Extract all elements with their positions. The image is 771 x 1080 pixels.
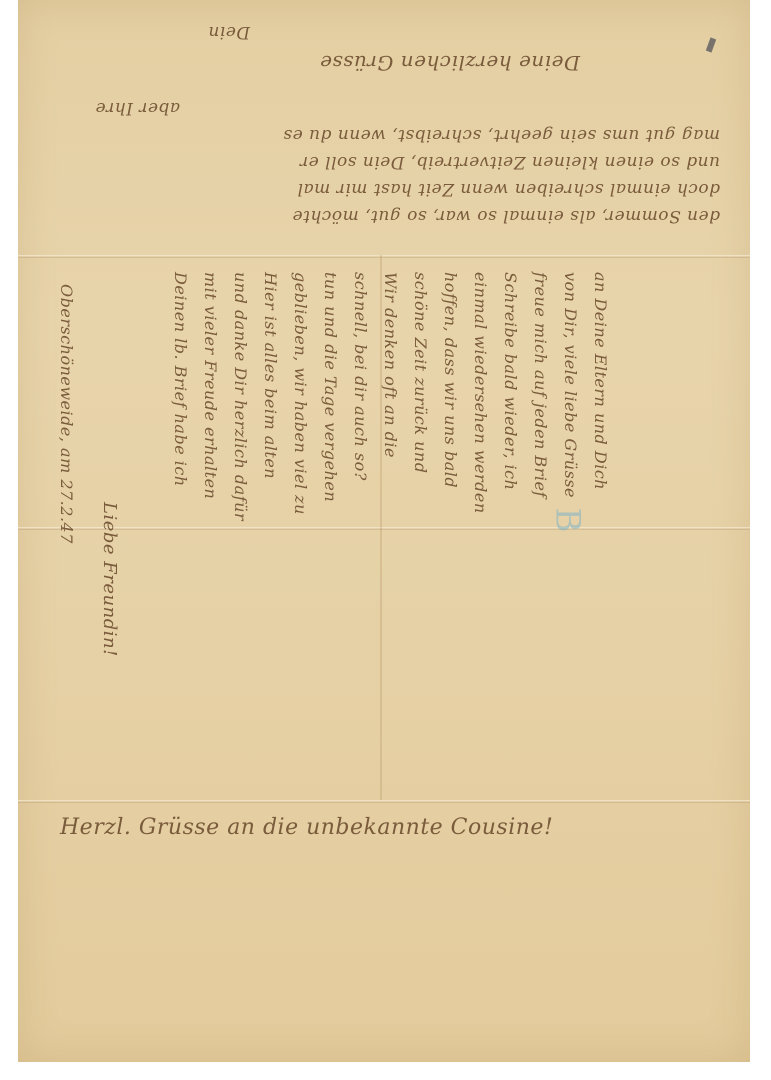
body-column: Hier ist alles beim alten xyxy=(261,272,280,479)
rotated-body: Oberschöneweide, am 27.2.47 Liebe Freund… xyxy=(30,262,730,792)
body-column: geblieben, wir haben viel zu xyxy=(291,272,310,515)
fold-line-bottom xyxy=(18,800,750,803)
top-line: aber Ihre xyxy=(70,94,720,121)
body-column: freue mich auf jeden Brief xyxy=(531,272,550,498)
top-line: und so einen kleinen Zeitvertreib, Dein … xyxy=(70,148,720,175)
body-column: Deinen lb. Brief habe ich xyxy=(171,272,190,487)
salutation: Liebe Freundin! xyxy=(99,502,120,657)
closing: Deine herzlichen Grüsse xyxy=(70,49,720,76)
top-line: mag gut ums sein geehrt, schreibst, wenn… xyxy=(70,121,720,148)
body-column: hoffen, dass wir uns bald xyxy=(441,272,460,488)
footer-greeting: Herzl. Grüsse an die unbekannte Cousine! xyxy=(60,815,553,840)
top-line: doch einmal schreiben wenn Zeit hast mir… xyxy=(70,175,720,202)
body-column: schnell, bei dir auch so? xyxy=(351,272,370,481)
blue-pencil-mark: B xyxy=(548,508,588,533)
top-line: den Sommer, als einmal so war, so gut, m… xyxy=(70,202,720,229)
top-section-upside-down: den Sommer, als einmal so war, so gut, m… xyxy=(70,18,720,229)
body-column: mit vieler Freude erhalten xyxy=(201,272,220,499)
signature: Dein xyxy=(70,18,720,45)
body-column: schöne Zeit zurück und xyxy=(411,272,430,473)
fold-line-top xyxy=(18,255,750,258)
body-column: einmal wiedersehen werden xyxy=(471,272,490,514)
body-column: an Deine Eltern und Dich xyxy=(591,272,610,490)
body-column: Wir denken oft an die xyxy=(381,272,400,458)
body-column: Schreibe bald wieder, ich xyxy=(501,272,520,490)
body-column: und danke Dir herzlich dafür xyxy=(231,272,250,521)
body-column: tun und die Tage vergehen xyxy=(321,272,340,502)
date-line: Oberschöneweide, am 27.2.47 xyxy=(57,284,76,544)
body-column: von Dir, viele liebe Grüsse xyxy=(561,272,580,498)
